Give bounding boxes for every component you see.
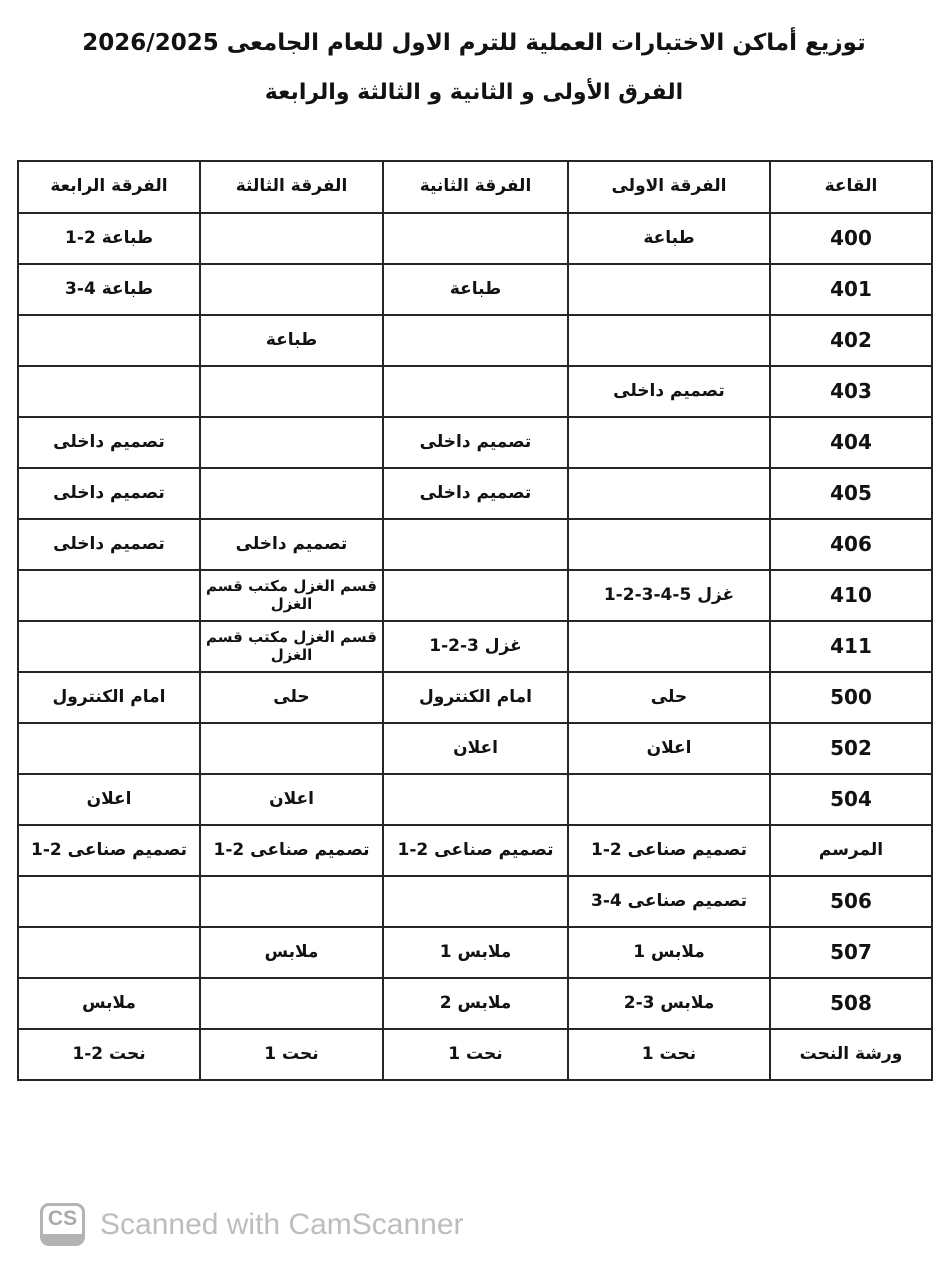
year2-cell [383,366,568,417]
year3-cell [200,213,383,264]
exam-locations-table: القاعة الفرقة الاولى الفرقة الثانية الفر… [17,160,933,1081]
hall-cell: 500 [770,672,932,723]
year1-cell [568,315,770,366]
table-row: 504 اعلان اعلان [18,774,932,825]
year3-cell: ملابس [200,927,383,978]
year1-cell: تصميم داخلى [568,366,770,417]
hall-cell: 507 [770,927,932,978]
camscanner-watermark: CS Scanned with CamScanner [40,1203,464,1246]
year3-cell: نحت 1 [200,1029,383,1080]
year3-cell [200,876,383,927]
hall-cell: 405 [770,468,932,519]
year3-cell: تصميم داخلى [200,519,383,570]
year2-cell: تصميم صناعى 2-1 [383,825,568,876]
page-title: توزيع أماكن الاختبارات العملية للترم الا… [0,0,948,56]
camscanner-logo-icon: CS [40,1203,85,1246]
table-row: ورشة النحت نحت 1 نحت 1 نحت 1 نحت 2-1 [18,1029,932,1080]
year1-cell: طباعة [568,213,770,264]
hall-cell: 411 [770,621,932,672]
year1-cell: تصميم صناعى 4-3 [568,876,770,927]
year1-cell: تصميم صناعى 2-1 [568,825,770,876]
hall-cell: 404 [770,417,932,468]
table-row: 507 ملابس 1 ملابس 1 ملابس [18,927,932,978]
year4-cell [18,366,200,417]
year2-cell: ملابس 1 [383,927,568,978]
hall-cell: 504 [770,774,932,825]
year3-cell [200,366,383,417]
page-subtitle: الفرق الأولى و الثانية و الثالثة والرابع… [0,80,948,105]
year4-cell: تصميم داخلى [18,417,200,468]
year2-cell [383,213,568,264]
table-row: 502 اعلان اعلان [18,723,932,774]
hall-cell: ورشة النحت [770,1029,932,1080]
camscanner-logo-bar [43,1234,82,1243]
scanned-document-page: توزيع أماكن الاختبارات العملية للترم الا… [0,0,948,105]
hall-cell: 502 [770,723,932,774]
year4-cell [18,723,200,774]
hall-cell: 508 [770,978,932,1029]
year4-cell: تصميم داخلى [18,519,200,570]
table-row: المرسم تصميم صناعى 2-1 تصميم صناعى 2-1 ت… [18,825,932,876]
year2-cell [383,876,568,927]
hall-cell: 401 [770,264,932,315]
hall-cell: 406 [770,519,932,570]
year1-cell [568,264,770,315]
year1-cell [568,774,770,825]
hall-cell: 400 [770,213,932,264]
year2-cell [383,315,568,366]
hall-cell: المرسم [770,825,932,876]
year3-cell: اعلان [200,774,383,825]
table-row: 404 تصميم داخلى تصميم داخلى [18,417,932,468]
column-header-year3: الفرقة الثالثة [200,161,383,213]
year1-cell: نحت 1 [568,1029,770,1080]
hall-cell: 402 [770,315,932,366]
year4-cell: طباعة 4-3 [18,264,200,315]
hall-cell: 403 [770,366,932,417]
year2-cell [383,570,568,621]
year4-cell: اعلان [18,774,200,825]
year1-cell: ملابس 1 [568,927,770,978]
year1-cell [568,468,770,519]
year3-cell: قسم الغزل مكتب قسم الغزل [200,570,383,621]
table-row: 508 ملابس 3-2 ملابس 2 ملابس [18,978,932,1029]
year4-cell [18,876,200,927]
table-row: 400 طباعة طباعة 2-1 [18,213,932,264]
year3-cell: قسم الغزل مكتب قسم الغزل [200,621,383,672]
year4-cell: تصميم صناعى 2-1 [18,825,200,876]
year3-cell [200,417,383,468]
column-header-hall: القاعة [770,161,932,213]
year3-cell: تصميم صناعى 2-1 [200,825,383,876]
year1-cell: غزل 5-4-3-2-1 [568,570,770,621]
year2-cell: ملابس 2 [383,978,568,1029]
table-row: 405 تصميم داخلى تصميم داخلى [18,468,932,519]
table-row: 506 تصميم صناعى 4-3 [18,876,932,927]
year3-cell: طباعة [200,315,383,366]
camscanner-logo-letters: CS [43,1207,82,1231]
watermark-text: Scanned with CamScanner [100,1208,464,1242]
year2-cell [383,519,568,570]
year4-cell: نحت 2-1 [18,1029,200,1080]
table-header-row: القاعة الفرقة الاولى الفرقة الثانية الفر… [18,161,932,213]
year2-cell: نحت 1 [383,1029,568,1080]
year1-cell [568,519,770,570]
year1-cell: ملابس 3-2 [568,978,770,1029]
column-header-year1: الفرقة الاولى [568,161,770,213]
year4-cell [18,927,200,978]
year4-cell [18,570,200,621]
year1-cell: حلى [568,672,770,723]
year4-cell: طباعة 2-1 [18,213,200,264]
year3-cell [200,468,383,519]
year3-cell [200,723,383,774]
table-row: 411 غزل 3-2-1 قسم الغزل مكتب قسم الغزل [18,621,932,672]
year2-cell: اعلان [383,723,568,774]
column-header-year2: الفرقة الثانية [383,161,568,213]
year1-cell: اعلان [568,723,770,774]
table-row: 401 طباعة طباعة 4-3 [18,264,932,315]
year2-cell: امام الكنترول [383,672,568,723]
table-row: 402 طباعة [18,315,932,366]
year1-cell [568,417,770,468]
year4-cell [18,315,200,366]
year3-cell [200,978,383,1029]
year4-cell: امام الكنترول [18,672,200,723]
year2-cell: طباعة [383,264,568,315]
year2-cell: غزل 3-2-1 [383,621,568,672]
year3-cell [200,264,383,315]
hall-cell: 410 [770,570,932,621]
year2-cell: تصميم داخلى [383,468,568,519]
year2-cell: تصميم داخلى [383,417,568,468]
hall-cell: 506 [770,876,932,927]
document-header: توزيع أماكن الاختبارات العملية للترم الا… [0,0,948,105]
table-row: 403 تصميم داخلى [18,366,932,417]
year4-cell: ملابس [18,978,200,1029]
table-row: 406 تصميم داخلى تصميم داخلى [18,519,932,570]
table-row: 410 غزل 5-4-3-2-1 قسم الغزل مكتب قسم الغ… [18,570,932,621]
year1-cell [568,621,770,672]
table-row: 500 حلى امام الكنترول حلى امام الكنترول [18,672,932,723]
year4-cell: تصميم داخلى [18,468,200,519]
year3-cell: حلى [200,672,383,723]
year2-cell [383,774,568,825]
column-header-year4: الفرقة الرابعة [18,161,200,213]
year4-cell [18,621,200,672]
